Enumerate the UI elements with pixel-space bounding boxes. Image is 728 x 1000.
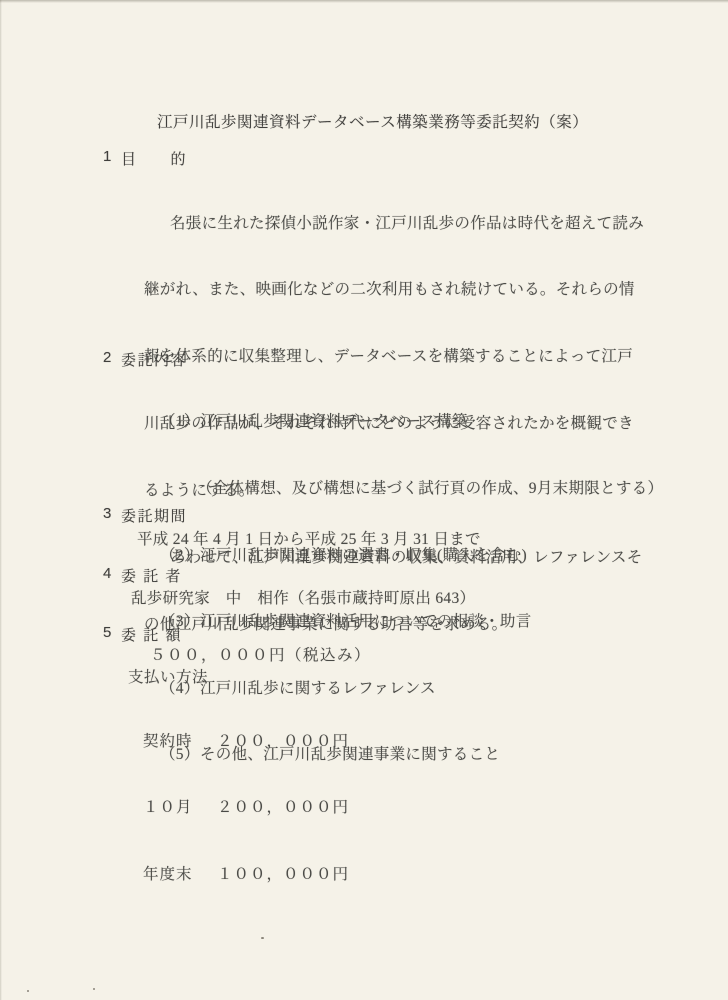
section-4-number: 4	[103, 565, 121, 586]
section-3-heading: 3 委託期間	[103, 505, 187, 526]
payment-label: １０月	[143, 797, 217, 819]
commission-total-amount: ５００，０００円（税込み）	[150, 643, 371, 665]
section-5-heading: 5 委 託 額	[103, 624, 182, 645]
scan-speckle	[27, 990, 29, 992]
list-item: （1） 江戸川乱歩関連資料データベース構築	[160, 411, 663, 433]
section-5-heading-label: 委 託 額	[121, 624, 182, 645]
paragraph-line: 名張に生れた探偵小説作家・江戸川乱歩の作品は時代を超えて読み	[144, 213, 644, 235]
list-item-text: 江戸川乱歩関連資料データベース構築	[200, 411, 468, 433]
payment-label: 契約時	[143, 731, 217, 753]
payment-amount: ２００，０００円	[217, 731, 349, 753]
document-title: 江戸川乱歩関連資料データベース構築業務等委託契約（案）	[157, 110, 588, 132]
commissioner-name: 乱歩研究家 中 相作（名張市蔵持町原出 643）	[131, 586, 475, 608]
list-item-subnote: （全体構想、及び構想に基づく試行頁の作成、9月末期限とする）	[160, 478, 663, 500]
payment-schedule: 契約時 ２００，０００円 １０月 ２００，０００円 年度末 １００，０００円	[143, 686, 349, 931]
section-5-number: 5	[103, 624, 121, 645]
payment-method-label: 支払い方法	[128, 665, 208, 687]
section-4-heading: 4 委 託 者	[103, 565, 182, 586]
section-3-heading-label: 委託期間	[121, 505, 187, 526]
section-1-number: 1	[103, 148, 121, 169]
commission-period: 平成 24 年 4 月 1 日から平成 25 年 3 月 31 日まで	[137, 527, 481, 549]
section-1-heading: 1 目 的	[103, 148, 187, 169]
list-item: （3） 江戸川乱歩関連資料活用についての相談・助言	[160, 611, 663, 633]
payment-amount: １００，０００円	[217, 864, 349, 886]
list-item-text: 江戸川乱歩関連資料活用についての相談・助言	[200, 611, 532, 633]
payment-row: 契約時 ２００，０００円	[143, 731, 349, 753]
section-4-heading-label: 委 託 者	[121, 565, 182, 586]
payment-row: 年度末 １００，０００円	[143, 864, 349, 886]
section-1-heading-label: 目 的	[121, 148, 187, 169]
scanned-document-page: 江戸川乱歩関連資料データベース構築業務等委託契約（案） 1 目 的 名張に生れた…	[0, 0, 728, 1000]
scan-speckle	[93, 988, 95, 990]
scan-edge-left	[0, 0, 2, 1000]
list-item-text: （全体構想、及び構想に基づく試行頁の作成、9月末期限とする）	[197, 478, 663, 500]
payment-row: １０月 ２００，０００円	[143, 797, 349, 819]
paragraph-line: 報を体系的に収集整理し、データベースを構築することによって江戸	[144, 346, 644, 368]
list-item-marker: （1）	[160, 411, 200, 433]
section-3-number: 3	[103, 505, 121, 526]
section-2-number: 2	[103, 349, 121, 370]
scan-edge-top	[0, 0, 728, 3]
paragraph-line: 継がれ、また、映画化などの二次利用もされ続けている。それらの情	[144, 279, 644, 301]
payment-amount: ２００，０００円	[217, 797, 349, 819]
payment-label: 年度末	[143, 864, 217, 886]
scan-speckle	[261, 937, 264, 939]
